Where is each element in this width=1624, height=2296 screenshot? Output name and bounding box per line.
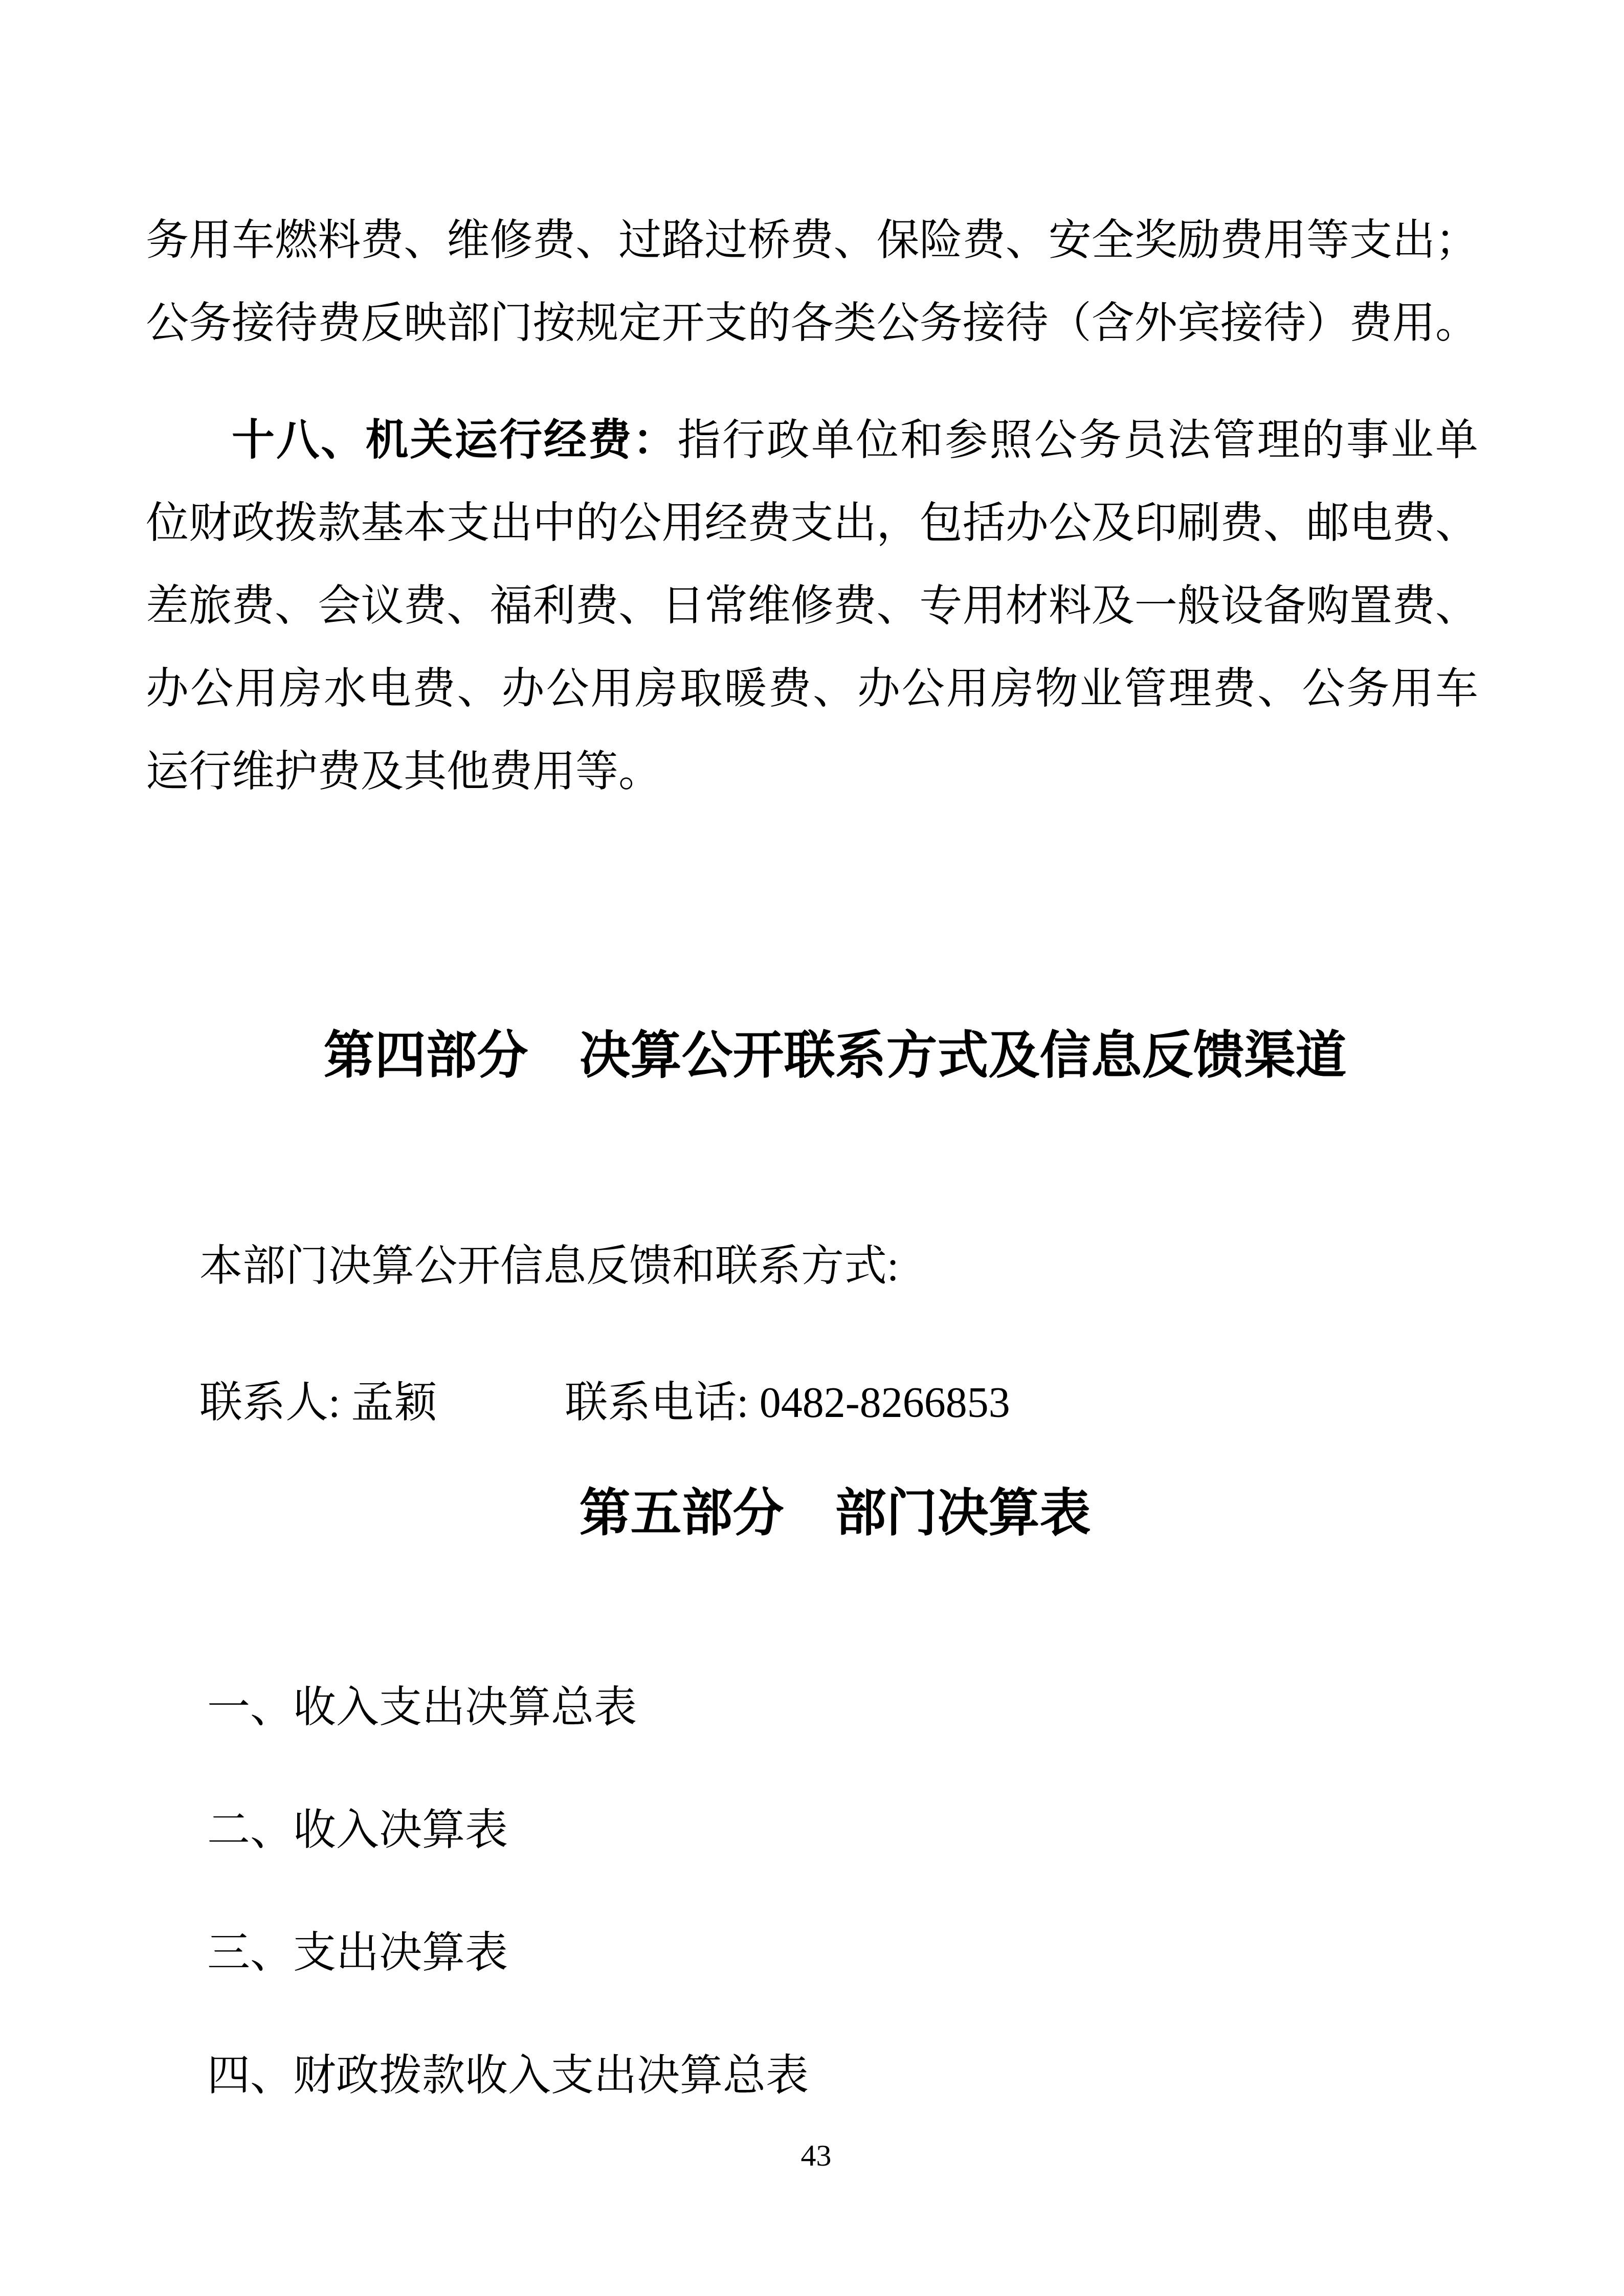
body-text-line: 差旅费、会议费、福利费、日常维修费、专用材料及一般设备购置费、 [146,565,1478,648]
body-text-line: 运行维护费及其他费用等。 [146,731,1478,814]
contact-detail-line: 联系人: 孟颖联系电话: 0482-8266853 [146,1362,1478,1445]
body-text-line: 务用车燃料费、维修费、过路过桥费、保险费、安全奖励费用等支出； [146,199,1478,282]
contact-phone: 联系电话: 0482-8266853 [565,1379,1010,1427]
section-heading-part5: 第五部分 部门决算表 [169,1475,1501,1552]
body-text-line: 公务接待费反映部门按规定开支的各类公务接待（含外宾接待）费用。 [146,282,1478,365]
contact-intro-line: 本部门决算公开信息反馈和联系方式: [146,1225,1478,1308]
section-heading-part4: 第四部分 决算公开联系方式及信息反馈渠道 [169,1018,1501,1094]
document-page: 务用车燃料费、维修费、过路过桥费、保险费、安全奖励费用等支出； 公务接待费反映部… [0,0,1624,2296]
list-item: 四、财政拨款收入支出决算总表 [146,2035,1478,2118]
paragraph-continuation: 务用车燃料费、维修费、过路过桥费、保险费、安全奖励费用等支出； 公务接待费反映部… [146,199,1478,365]
term-definition-text: 指行政单位和参照公务员法管理的事业单 [677,417,1478,464]
term-bold-label: 十八、机关运行经费： [232,417,677,464]
body-text-line: 位财政拨款基本支出中的公用经费支出，包括办公及印刷费、邮电费、 [146,482,1478,565]
body-text-line: 办公用房水电费、办公用房取暖费、办公用房物业管理费、公务用车 [146,648,1478,731]
contact-person: 联系人: 孟颖 [199,1379,437,1427]
paragraph-agency-operating-costs: 十八、机关运行经费：指行政单位和参照公务员法管理的事业单 位财政拨款基本支出中的… [146,399,1478,814]
body-text-line: 十八、机关运行经费：指行政单位和参照公务员法管理的事业单 [146,399,1478,482]
list-item: 一、收入支出决算总表 [146,1667,1478,1749]
statement-table-list: 一、收入支出决算总表 二、收入决算表 三、支出决算表 四、财政拨款收入支出决算总… [146,1667,1478,2118]
list-item: 二、收入决算表 [146,1789,1478,1872]
list-item: 三、支出决算表 [146,1912,1478,1995]
page-number: 43 [150,2140,1482,2171]
